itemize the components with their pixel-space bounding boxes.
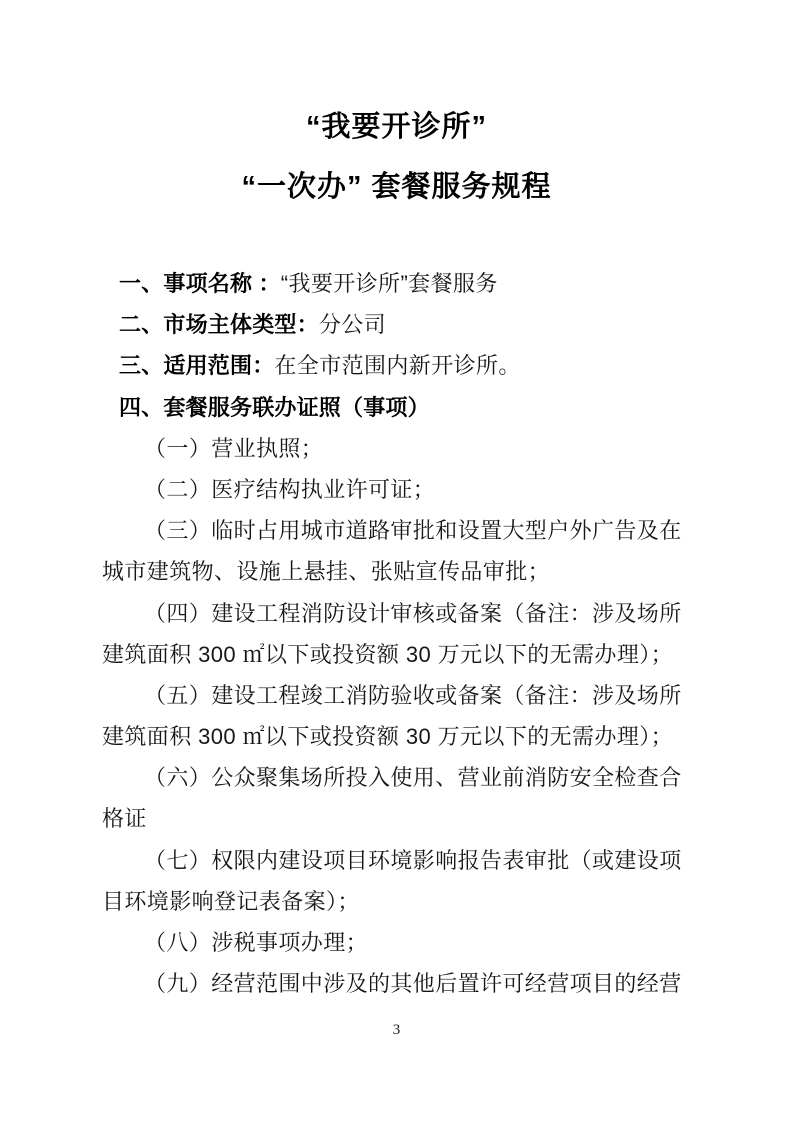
heading-label: 三、适用范围： [119,353,274,378]
line-text: （二）医疗结构执业许可证； [144,477,435,502]
list-item-6: （六）公众聚集场所投入使用、营业前消防安全检查合 [102,757,691,798]
list-item-7-continued: 目环境影响登记表备案）； [102,881,691,922]
line-text: （七）权限内建设项目环境影响报告表审批（或建设项 [144,848,682,873]
line-text: 城市建筑物、设施上悬挂、张贴宣传品审批； [102,559,550,584]
list-item-6-continued: 格证 [102,798,691,839]
list-item-1: （一）营业执照； [102,428,691,469]
line-text: （一）营业执照； [144,436,323,461]
heading-value: 分公司 [319,312,386,337]
list-item-3-continued: 城市建筑物、设施上悬挂、张贴宣传品审批； [102,551,691,592]
list-item-3: （三）临时占用城市道路审批和设置大型户外广告及在 [102,510,691,551]
heading-licenses: 四、套餐服务联办证照（事项） [102,387,691,428]
line-text: （六）公众聚集场所投入使用、营业前消防安全检查合 [144,765,682,790]
line-text: （三）临时占用城市道路审批和设置大型户外广告及在 [144,518,682,543]
page-number: 3 [0,1021,793,1039]
list-item-5-continued: 建筑面积 300 ㎡以下或投资额 30 万元以下的无需办理）； [102,716,691,757]
heading-entity-type: 二、市场主体类型：分公司 [102,304,691,345]
document-page: “我要开诊所” “一次办” 套餐服务规程 一、事项名称 ：“我要开诊所”套餐服务… [0,0,793,1122]
line-text: 建筑面积 300 ㎡以下或投资额 30 万元以下的无需办理）； [102,642,673,667]
list-item-4: （四）建设工程消防设计审核或备案（备注：涉及场所 [102,593,691,634]
line-text: 建筑面积 300 ㎡以下或投资额 30 万元以下的无需办理）； [102,724,673,749]
line-text: （五）建设工程竣工消防验收或备案（备注：涉及场所 [144,683,682,708]
heading-label: 二、市场主体类型： [119,312,319,337]
list-item-7: （七）权限内建设项目环境影响报告表审批（或建设项 [102,840,691,881]
title-line-1: “我要开诊所” [0,97,793,157]
line-text: （九）经营范围中涉及的其他后置许可经营项目的经营 [144,971,682,996]
document-title: “我要开诊所” “一次办” 套餐服务规程 [0,97,793,217]
list-item-4-continued: 建筑面积 300 ㎡以下或投资额 30 万元以下的无需办理）； [102,634,691,675]
heading-label: 一、事项名称 ： [119,271,281,296]
list-item-9: （九）经营范围中涉及的其他后置许可经营项目的经营 [102,963,691,1004]
title-line-2: “一次办” 套餐服务规程 [0,157,793,217]
line-text: 目环境影响登记表备案）； [102,889,360,914]
heading-item-name: 一、事项名称 ：“我要开诊所”套餐服务 [102,263,691,304]
list-item-5: （五）建设工程竣工消防验收或备案（备注：涉及场所 [102,675,691,716]
heading-label: 四、套餐服务联办证照（事项） [119,395,430,420]
line-text: （四）建设工程消防设计审核或备案（备注：涉及场所 [144,601,682,626]
line-text: 格证 [102,806,147,831]
heading-value: 在全市范围内新开诊所。 [274,353,520,378]
line-text: （八）涉税事项办理； [144,930,368,955]
list-item-2: （二）医疗结构执业许可证； [102,469,691,510]
document-body: 一、事项名称 ：“我要开诊所”套餐服务 二、市场主体类型：分公司 三、适用范围：… [102,263,691,1004]
heading-value: “我要开诊所”套餐服务 [281,271,498,296]
list-item-8: （八）涉税事项办理； [102,922,691,963]
heading-scope: 三、适用范围：在全市范围内新开诊所。 [102,345,691,386]
